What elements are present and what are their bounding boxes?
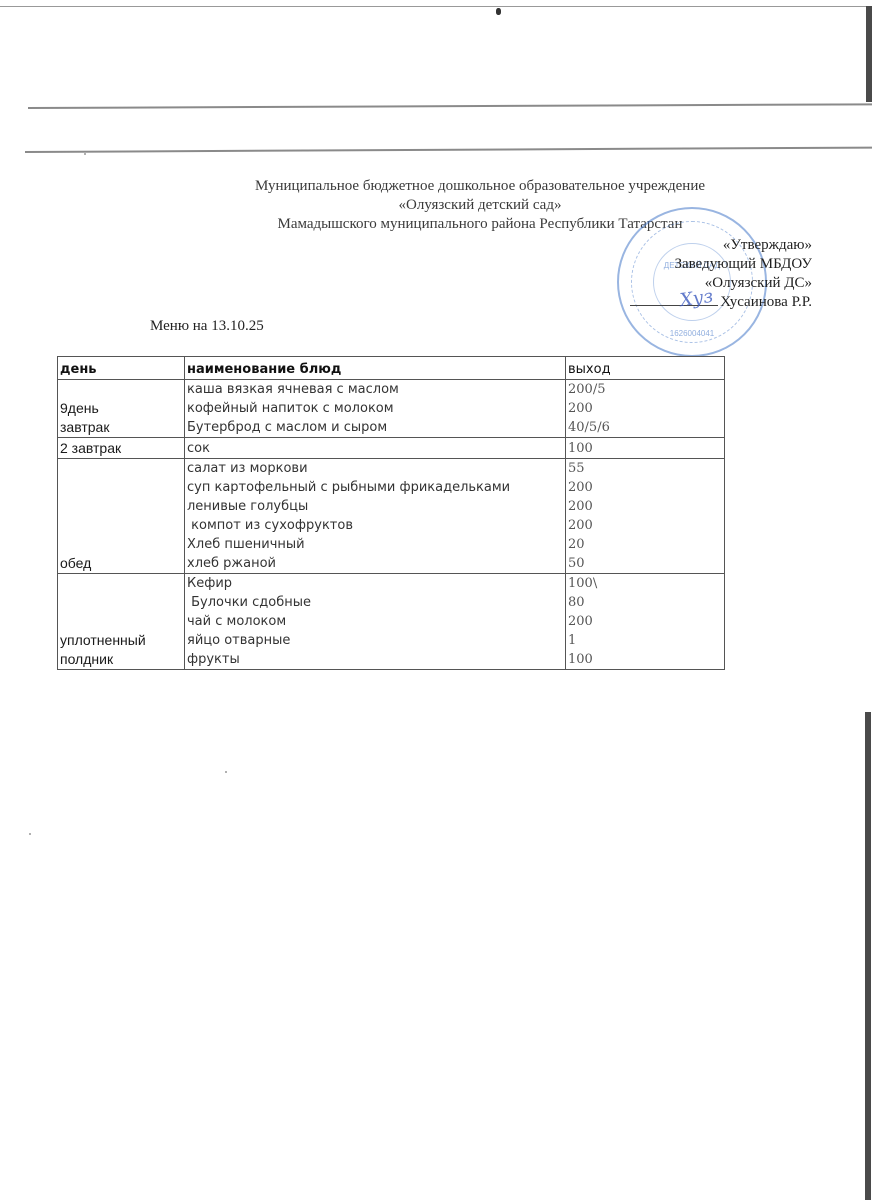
meal-cell: уплотненный полдник bbox=[58, 574, 185, 670]
dishes-cell: сок bbox=[185, 438, 566, 459]
meal-label: завтрак bbox=[60, 418, 182, 437]
output-cell: 100\ 80 200 1 100 bbox=[566, 574, 725, 670]
dish-item: Бутерброд с маслом и сыром bbox=[187, 418, 563, 437]
dish-item: фрукты bbox=[187, 650, 563, 669]
output-cell: 100 bbox=[566, 438, 725, 459]
output-cell: 55 200 200 200 20 50 bbox=[566, 459, 725, 574]
header-dish: наименование блюд bbox=[185, 357, 566, 380]
output-value: 100\ bbox=[568, 574, 722, 593]
dishes-cell: Кефир Булочки сдобные чай с молоком яйцо… bbox=[185, 574, 566, 670]
dish-item: яйцо отварные bbox=[187, 631, 563, 650]
scan-right-edge-top bbox=[866, 6, 872, 102]
output-value: 40/5/6 bbox=[568, 418, 722, 437]
dishes-cell: салат из моркови суп картофельный с рыбн… bbox=[185, 459, 566, 574]
scan-right-edge-bottom bbox=[865, 712, 871, 1200]
scan-speck bbox=[29, 833, 31, 835]
dish-item: каша вязкая ячневая с маслом bbox=[187, 380, 563, 399]
dish-item: суп картофельный с рыбными фрикадельками bbox=[187, 478, 563, 497]
dish-item: Кефир bbox=[187, 574, 563, 593]
meal-label: 9день bbox=[60, 399, 182, 418]
output-value: 50 bbox=[568, 554, 722, 573]
dish-item: чай с молоком bbox=[187, 612, 563, 631]
dish-item: Булочки сдобные bbox=[187, 593, 563, 612]
meal-label: обед bbox=[60, 554, 182, 573]
meal-cell: 9день завтрак bbox=[58, 380, 185, 438]
output-value: 100 bbox=[568, 439, 722, 458]
table-row: 2 завтрак сок 100 bbox=[58, 438, 725, 459]
output-value: 20 bbox=[568, 535, 722, 554]
scan-speck bbox=[225, 771, 227, 773]
meal-label: полдник bbox=[60, 650, 182, 669]
output-value: 200/5 bbox=[568, 380, 722, 399]
meal-cell: обед bbox=[58, 459, 185, 574]
approver-org: «Олуязский ДС» bbox=[630, 274, 812, 293]
output-value: 200 bbox=[568, 399, 722, 418]
dish-item: сок bbox=[187, 439, 563, 458]
stamp-number: 1626004041 bbox=[619, 329, 765, 338]
org-short-name: «Олуязский детский сад» bbox=[0, 196, 872, 215]
approval-block: «Утверждаю» Заведующий МБДОУ «Олуязский … bbox=[630, 236, 812, 312]
dish-item: ленивые голубцы bbox=[187, 497, 563, 516]
table-row: 9день завтрак каша вязкая ячневая с масл… bbox=[58, 380, 725, 438]
meal-label: 2 завтрак bbox=[60, 439, 182, 458]
dish-item: салат из моркови bbox=[187, 459, 563, 478]
dishes-cell: каша вязкая ячневая с маслом кофейный на… bbox=[185, 380, 566, 438]
output-value: 200 bbox=[568, 478, 722, 497]
output-value: 200 bbox=[568, 497, 722, 516]
scan-speck bbox=[496, 8, 501, 15]
output-value: 80 bbox=[568, 593, 722, 612]
output-value: 1 bbox=[568, 631, 722, 650]
output-value: 200 bbox=[568, 612, 722, 631]
output-value: 55 bbox=[568, 459, 722, 478]
scan-line-2 bbox=[25, 147, 872, 153]
output-value: 100 bbox=[568, 650, 722, 669]
approve-label: «Утверждаю» bbox=[630, 236, 812, 255]
dish-item: кофейный напиток с молоком bbox=[187, 399, 563, 418]
table-row: уплотненный полдник Кефир Булочки сдобны… bbox=[58, 574, 725, 670]
scan-top-edge bbox=[0, 6, 872, 7]
scan-speck bbox=[84, 153, 86, 155]
header-day: день bbox=[58, 357, 185, 380]
header-output: выход bbox=[566, 357, 725, 380]
scan-line-1 bbox=[28, 103, 872, 109]
table-row: обед салат из моркови суп картофельный с… bbox=[58, 459, 725, 574]
menu-table: день наименование блюд выход 9день завтр… bbox=[57, 356, 725, 670]
meal-label: уплотненный bbox=[60, 631, 182, 650]
approver-title: Заведующий МБДОУ bbox=[630, 255, 812, 274]
dish-item: Хлеб пшеничный bbox=[187, 535, 563, 554]
dish-item: хлеб ржаной bbox=[187, 554, 563, 573]
approver-name: Хусаинова Р.Р. bbox=[720, 294, 812, 310]
meal-cell: 2 завтрак bbox=[58, 438, 185, 459]
menu-title: Меню на 13.10.25 bbox=[150, 318, 264, 335]
dish-item: компот из сухофруктов bbox=[187, 516, 563, 535]
approver-name-line: Хусаинова Р.Р. bbox=[630, 293, 812, 312]
output-value: 200 bbox=[568, 516, 722, 535]
org-name-line: Муниципальное бюджетное дошкольное образ… bbox=[0, 177, 872, 196]
table-header-row: день наименование блюд выход bbox=[58, 357, 725, 380]
output-cell: 200/5 200 40/5/6 bbox=[566, 380, 725, 438]
